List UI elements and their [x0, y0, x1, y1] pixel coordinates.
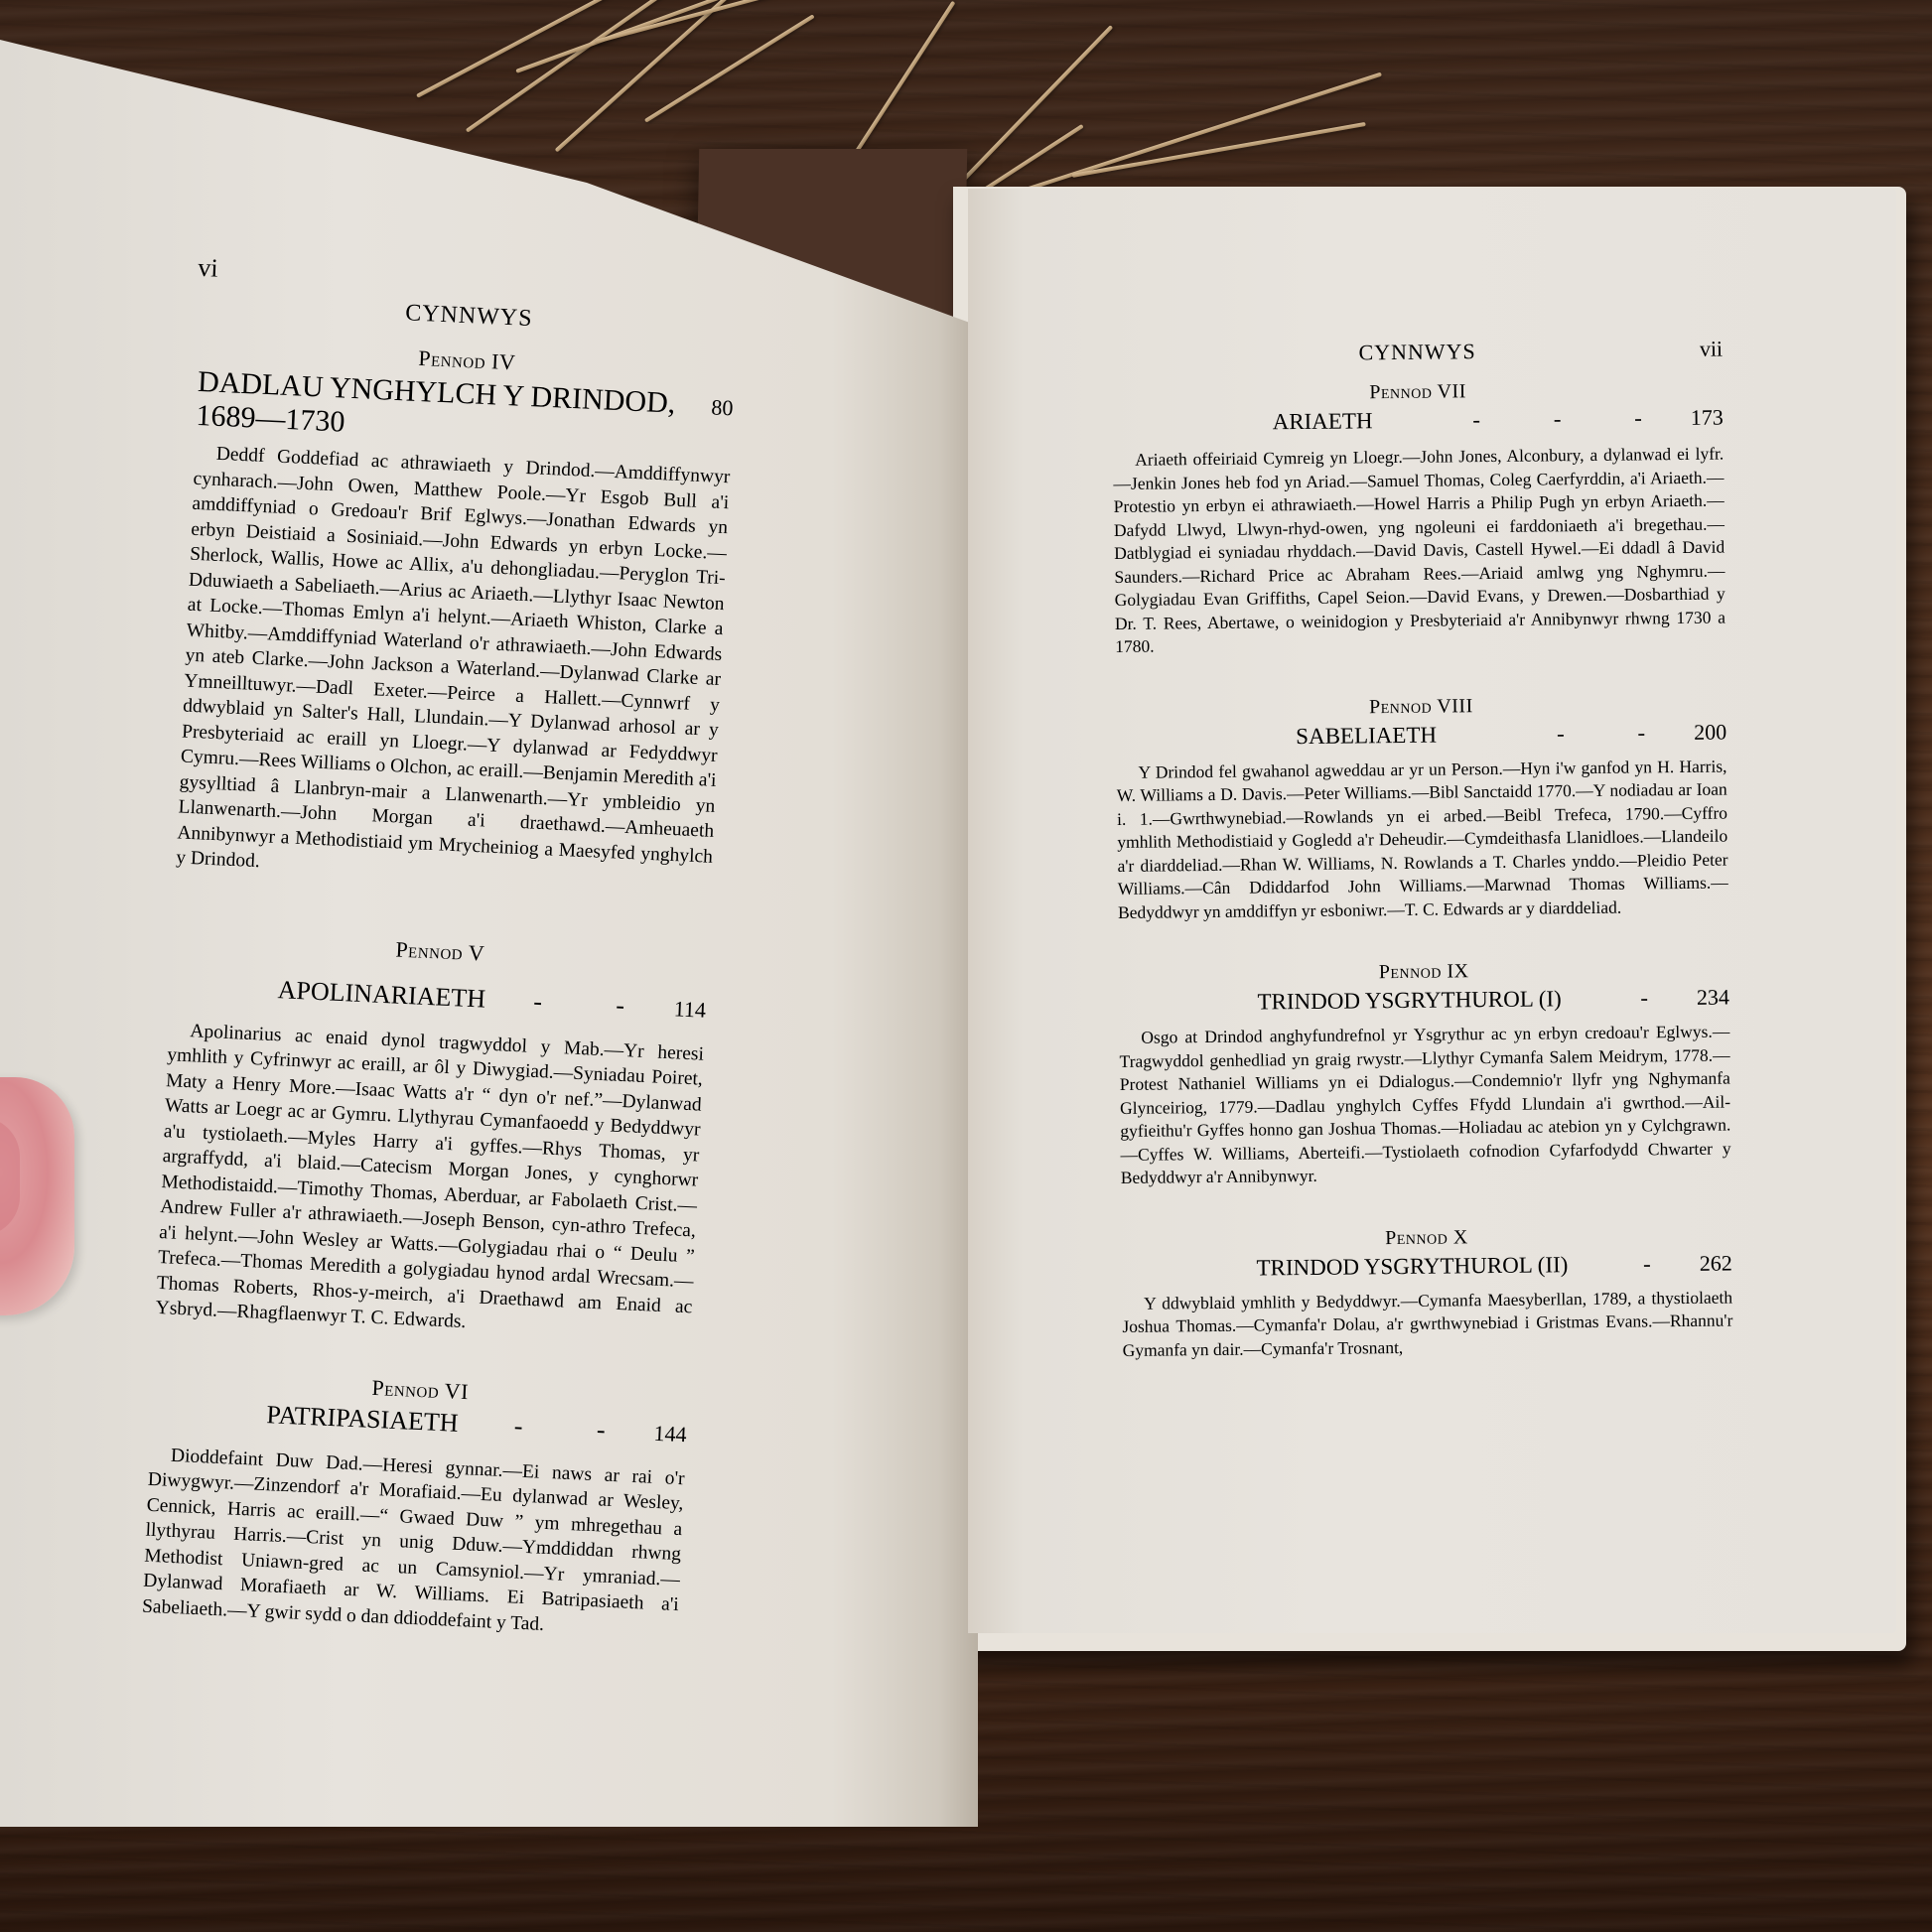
chapter-summary: Ariaeth offeiriaid Cymreig yn Lloegr.—Jo…	[1113, 443, 1725, 659]
page-folio: vii	[1700, 337, 1724, 362]
chapter-summary: Apolinarius ac enaid dynol tragwyddol y …	[155, 1018, 704, 1345]
thumbnail-nail	[0, 1117, 20, 1236]
running-head: CYNNWYS	[1112, 337, 1723, 368]
chapter-leader-dashes: - - -	[1472, 405, 1676, 433]
chapter-title-row: SABELIAETH - - 200	[1116, 719, 1726, 751]
chapter-summary: Dioddefaint Duw Dad.—Heresi gynnar.—Ei n…	[142, 1442, 686, 1643]
chapter-section: Pennod IV DADLAU YNGHYLCH Y DRINDOD, 168…	[176, 336, 736, 895]
chapter-section: Pennod VIII SABELIAETH - - 200 Y Drindod…	[1116, 692, 1728, 924]
chapter-leader-dashes: -	[1640, 985, 1682, 1011]
right-page-content: CYNNWYS vii Pennod VII ARIAETH - - - 173…	[1112, 337, 1733, 1402]
chapter-number: Pennod VII	[1112, 378, 1723, 407]
chapter-summary: Osgo at Drindod anghyfundrefnol yr Ysgry…	[1119, 1021, 1731, 1190]
chapter-leader-dashes: - -	[513, 1411, 639, 1447]
chapter-summary: Deddf Goddefiad ac athrawiaeth y Drindod…	[176, 441, 731, 896]
chapter-title-row: TRINDOD YSGRYTHUROL (I) - 234	[1119, 985, 1729, 1017]
chapter-section: Pennod VI PATRIPASIAETH - - 144 Dioddefa…	[142, 1364, 689, 1643]
chapter-number: Pennod V	[172, 926, 709, 976]
chapter-page-number: 80	[693, 394, 734, 422]
chapter-leader-dashes: - -	[1557, 720, 1679, 747]
chapter-section: Pennod V APOLINARIAETH - - 114 Apolinari…	[155, 926, 708, 1345]
chapter-number: Pennod X	[1121, 1223, 1731, 1252]
chapter-page-number: 234	[1690, 985, 1729, 1011]
chapter-section: Pennod X TRINDOD YSGRYTHUROL (II) - 262 …	[1121, 1223, 1732, 1362]
chapter-title: APOLINARIAETH	[170, 970, 534, 1017]
chapter-summary: Y Drindod fel gwahanol agweddau ar yr un…	[1116, 755, 1728, 924]
chapter-title-row: ARIAETH - - - 173	[1113, 405, 1724, 437]
chapter-leader-dashes: -	[1643, 1251, 1685, 1277]
chapter-summary: Y ddwyblaid ymhlith y Bedyddwyr.—Cymanfa…	[1122, 1286, 1733, 1362]
chapter-number: Pennod IX	[1119, 958, 1729, 987]
chapter-page-number: 144	[646, 1420, 687, 1448]
chapter-title-row: APOLINARIAETH - - 114	[170, 970, 707, 1024]
chapter-page-number: 114	[665, 995, 706, 1023]
chapter-title-row: TRINDOD YSGRYTHUROL (II) - 262	[1122, 1250, 1732, 1282]
page-folio: vi	[198, 253, 219, 284]
chapter-leader-dashes: - -	[533, 986, 659, 1022]
chapter-section: Pennod VII ARIAETH - - - 173 Ariaeth off…	[1112, 378, 1725, 659]
chapter-number: Pennod VIII	[1116, 692, 1726, 721]
thumb	[0, 1077, 74, 1315]
chapter-title: ARIAETH	[1113, 407, 1473, 437]
chapter-page-number: 173	[1684, 405, 1724, 431]
chapter-section: Pennod IX TRINDOD YSGRYTHUROL (I) - 234 …	[1119, 958, 1731, 1190]
chapter-title: SABELIAETH	[1116, 721, 1557, 752]
left-page-content: vi CYNNWYS Pennod IV DADLAU YNGHYLCH Y D…	[140, 253, 740, 1687]
chapter-title: TRINDOD YSGRYTHUROL (I)	[1119, 985, 1641, 1016]
chapter-title: TRINDOD YSGRYTHUROL (II)	[1122, 1251, 1644, 1282]
page-header: CYNNWYS vii	[1112, 337, 1723, 376]
chapter-page-number: 262	[1693, 1250, 1732, 1276]
chapter-page-number: 200	[1687, 719, 1726, 745]
